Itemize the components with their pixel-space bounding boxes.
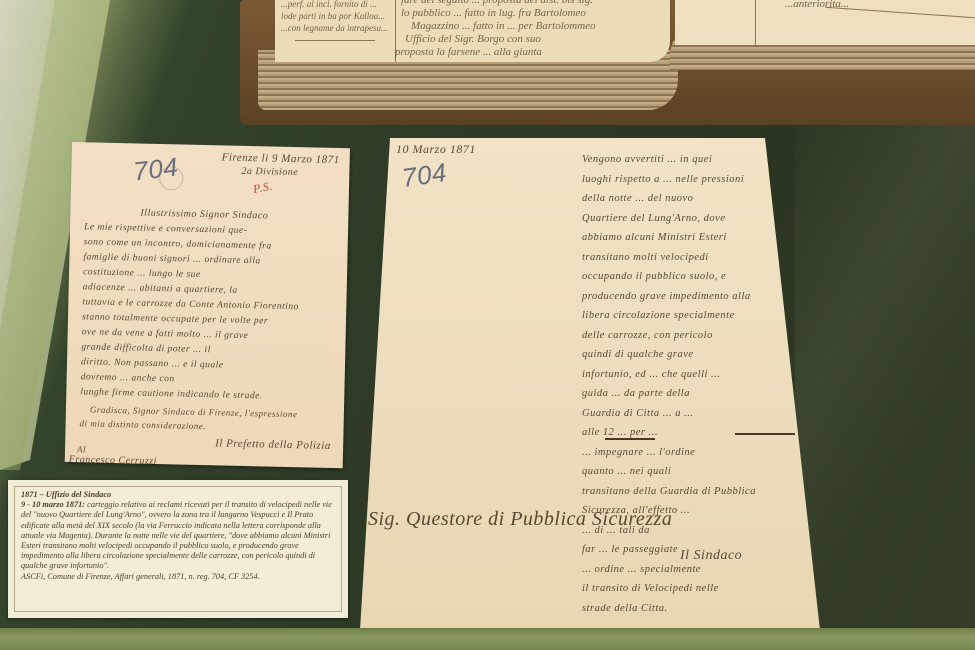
letter-line: ... impegnare ... l'ordine <box>582 447 802 467</box>
letter-signature: Il Sindaco <box>680 548 742 564</box>
register-line: proposta la farsene ... alla giunta <box>395 46 542 59</box>
register-line: ...con legname da intrapesa... <box>281 22 388 35</box>
letter-line: strade della Citta. <box>582 603 802 623</box>
register-rule <box>295 40 375 41</box>
letter-line: della notte ... del nuovo <box>582 193 802 213</box>
red-mark: P.S. <box>252 179 274 197</box>
letter-line: famiglie di buoni signori ... ordinare a… <box>83 252 260 266</box>
register-column-rule <box>755 0 756 45</box>
letter-line: producendo grave impedimento alla <box>582 291 802 311</box>
letter-line: tuttavia e le carrozze da Conte Antonio … <box>82 297 299 312</box>
letter-line: infortunio, ed ... che quelli ... <box>582 369 802 389</box>
register-line: fare del seguito ... proposta del dist. … <box>401 0 593 7</box>
register-line: lo pubblico ... fatto in lug. fra Bartol… <box>401 7 586 20</box>
letter-line: sono come un incontro, domicianamente fr… <box>84 237 272 251</box>
letter-line: alle 12 ... per ... <box>582 427 802 447</box>
stamp-mark <box>159 166 184 191</box>
letter-line: luoghi rispetto a ... nelle pressioni <box>582 174 802 194</box>
letter-line: costituzione ... lungo le sue <box>83 267 201 280</box>
caption-body: carteggio relativo ai reclami ricevuti p… <box>21 500 332 570</box>
letter-signature: Il Prefetto della Polizia <box>215 437 331 452</box>
letter-line: adiacenze ... abitanti a quartiere, la <box>83 282 238 296</box>
case-bottom-rail <box>0 628 975 650</box>
caption-source: ASCFi, Comune di Firenze, Affari general… <box>21 572 335 582</box>
letter-line: ove ne da vene a fatti molto ... il grav… <box>82 327 249 341</box>
letter-salutation: Illustrissimo Signor Sindaco <box>140 208 268 222</box>
caption-text: 9 - 10 marzo 1871: carteggio relativo ai… <box>21 500 335 571</box>
caption-date: 9 - 10 marzo 1871: <box>21 500 85 509</box>
strikethrough <box>735 433 795 435</box>
register-line: Magazzino ... fatto in ... per Bartolomm… <box>411 20 596 33</box>
letter-line: ... ordine ... specialmente <box>582 564 802 584</box>
register-rule <box>825 7 975 18</box>
caption-title: 1871 – Uffizio del Sindaco <box>21 490 335 500</box>
letter-line: grande difficolta di poter ... il <box>81 342 211 355</box>
letter-closing: di mia distinta considerazione. <box>80 418 207 431</box>
letter-place-date: Firenze li 9 Marzo 1871 <box>222 151 340 166</box>
register-page-right: ...anteriorita... <box>675 0 975 45</box>
letter-line: il transito di Velocipedi nelle <box>582 583 802 603</box>
letter-line: Guardia di Citta ... a ... <box>582 408 802 428</box>
letter-line: stanno totalmente occupate per le volte … <box>82 312 268 326</box>
register-line: ...anteriorita... <box>785 0 849 11</box>
letter-line: abbiamo alcuni Ministri Esteri <box>582 232 802 252</box>
letter-line: Le mie rispettive e conversazioni que- <box>84 222 247 236</box>
register-page-left: ...perf. al incl. fornito di ... lode pa… <box>275 0 670 62</box>
letter-line: diritto. Non passano ... e il quale <box>81 357 224 370</box>
register-book: ...perf. al incl. fornito di ... lode pa… <box>240 0 975 135</box>
letter-line: transitano della Guardia di Pubblica <box>582 486 802 506</box>
letter-line: lunghe firme cautione indicando le strad… <box>80 387 263 401</box>
letter-line: delle carrozze, con pericolo <box>582 330 802 350</box>
letter-line: occupando il pubblico suolo, e <box>582 271 802 291</box>
letter-closing: Gradisca, Signor Sindaco di Firenze, l'e… <box>90 404 298 419</box>
letter-line: transitano molti velocipedi <box>582 252 802 272</box>
letter-line: Quartiere del Lung'Arno, dove <box>582 213 802 233</box>
letter-line: quanto ... nei quali <box>582 466 802 486</box>
addressee-name: Francesco Cerruzzi <box>69 454 157 467</box>
letter-date: 10 Marzo 1871 <box>396 142 476 157</box>
mayor-letter: 10 Marzo 1871 704 Vengono avvertiti ... … <box>360 138 820 630</box>
letter-line: guida ... da parte della <box>582 388 802 408</box>
case-shadow <box>795 70 975 630</box>
letter-line: quindi di qualche grave <box>582 349 802 369</box>
addressee: Sig. Questore di Pubblica Sicurezza <box>368 508 672 531</box>
letter-division: 2a Divisione <box>241 166 298 178</box>
register-line: Ufficio del Sigr. Borgo con suo <box>405 33 541 46</box>
caption-frame: 1871 – Uffizio del Sindaco 9 - 10 marzo … <box>14 486 342 612</box>
letter-line: libera circolazione specialmente <box>582 310 802 330</box>
prefecture-letter: 704 Firenze li 9 Marzo 1871 2a Divisione… <box>65 142 350 468</box>
exhibit-caption: 1871 – Uffizio del Sindaco 9 - 10 marzo … <box>8 480 348 618</box>
strikethrough <box>605 438 655 440</box>
letter-line: dovremo ... anche con <box>81 372 175 384</box>
addressee-prefix: Al <box>77 444 86 454</box>
archive-number: 704 <box>400 157 449 194</box>
